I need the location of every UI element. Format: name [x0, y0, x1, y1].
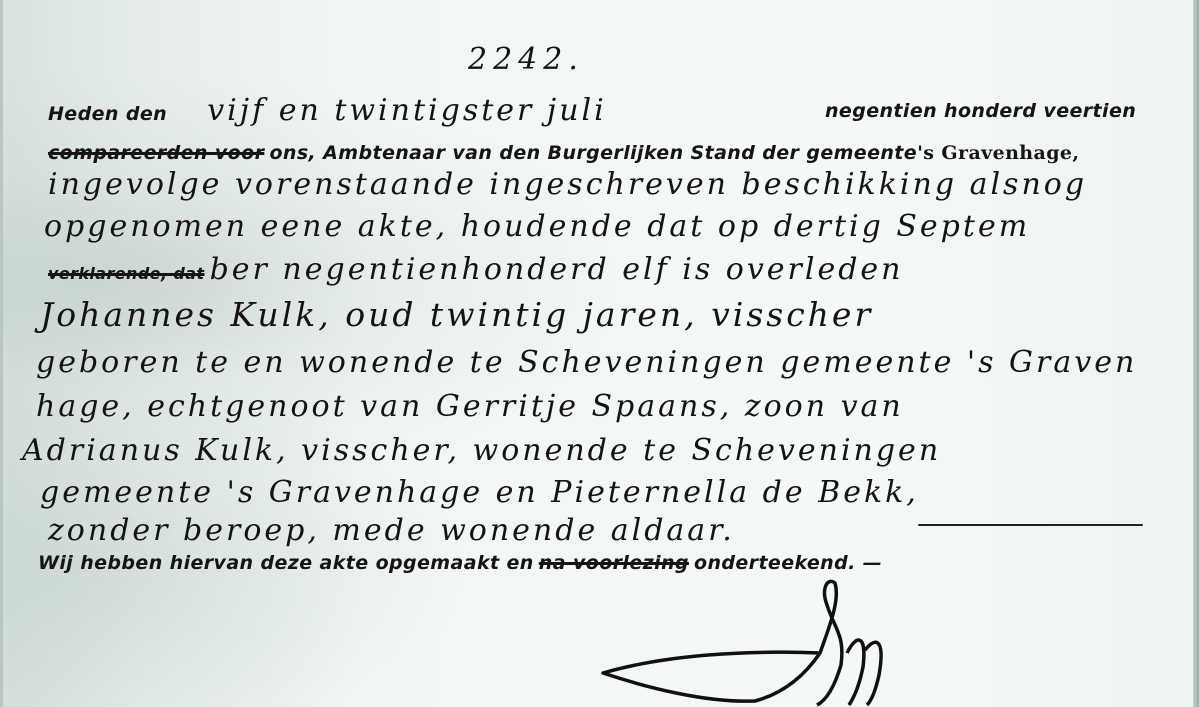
printed-text: onderteekend. —: [694, 552, 882, 574]
line-7: geboren te en wonende te Scheveningen ge…: [36, 348, 1137, 378]
line-2: compareerden voor ons, Ambtenaar van den…: [48, 144, 1079, 163]
line-9: Adrianus Kulk, visscher, wonende te Sche…: [22, 436, 941, 466]
handwritten-date: vijf en twintigster juli: [207, 93, 607, 128]
scan-left-edge: [0, 0, 3, 707]
scanned-document-page: 2242. Heden den vijf en twintigster juli…: [0, 0, 1199, 707]
printed-text: Wij hebben hiervan deze akte opgemaakt e…: [38, 552, 534, 574]
line-1: Heden den vijf en twintigster juli: [48, 96, 607, 126]
line-3: ingevolge vorenstaande ingeschreven besc…: [48, 170, 1087, 200]
printed-text: Heden den: [48, 103, 167, 125]
printed-text: ons, Ambtenaar van den Burgerlijken Stan…: [269, 142, 917, 164]
struck-text: compareerden voor: [48, 142, 264, 164]
closing-rule: [918, 524, 1143, 526]
printed-municipality: 's Gravenhage,: [917, 142, 1079, 164]
line-10: gemeente 's Gravenhage en Pieternella de…: [40, 478, 919, 508]
printed-year: negentien honderd veertien: [825, 102, 1136, 121]
struck-text: na voorlezing: [539, 552, 689, 574]
line-8: hage, echtgenoot van Gerritje Spaans, zo…: [36, 392, 904, 422]
line-12: Wij hebben hiervan deze akte opgemaakt e…: [38, 554, 882, 573]
handwritten-text: ber negentienhonderd elf is overleden: [210, 252, 904, 287]
record-number: 2242.: [468, 42, 584, 77]
scan-right-edge: [1193, 0, 1199, 707]
line-4: opgenomen eene akte, houdende dat op der…: [44, 212, 1030, 242]
line-5: verklarende, dat ber negentienhonderd el…: [48, 255, 903, 285]
line-6-deceased-name: Johannes Kulk, oud twintig jaren, vissch…: [40, 298, 873, 331]
line-11: zonder beroep, mede wonende aldaar.: [48, 516, 735, 546]
struck-text: verklarende, dat: [48, 264, 204, 283]
